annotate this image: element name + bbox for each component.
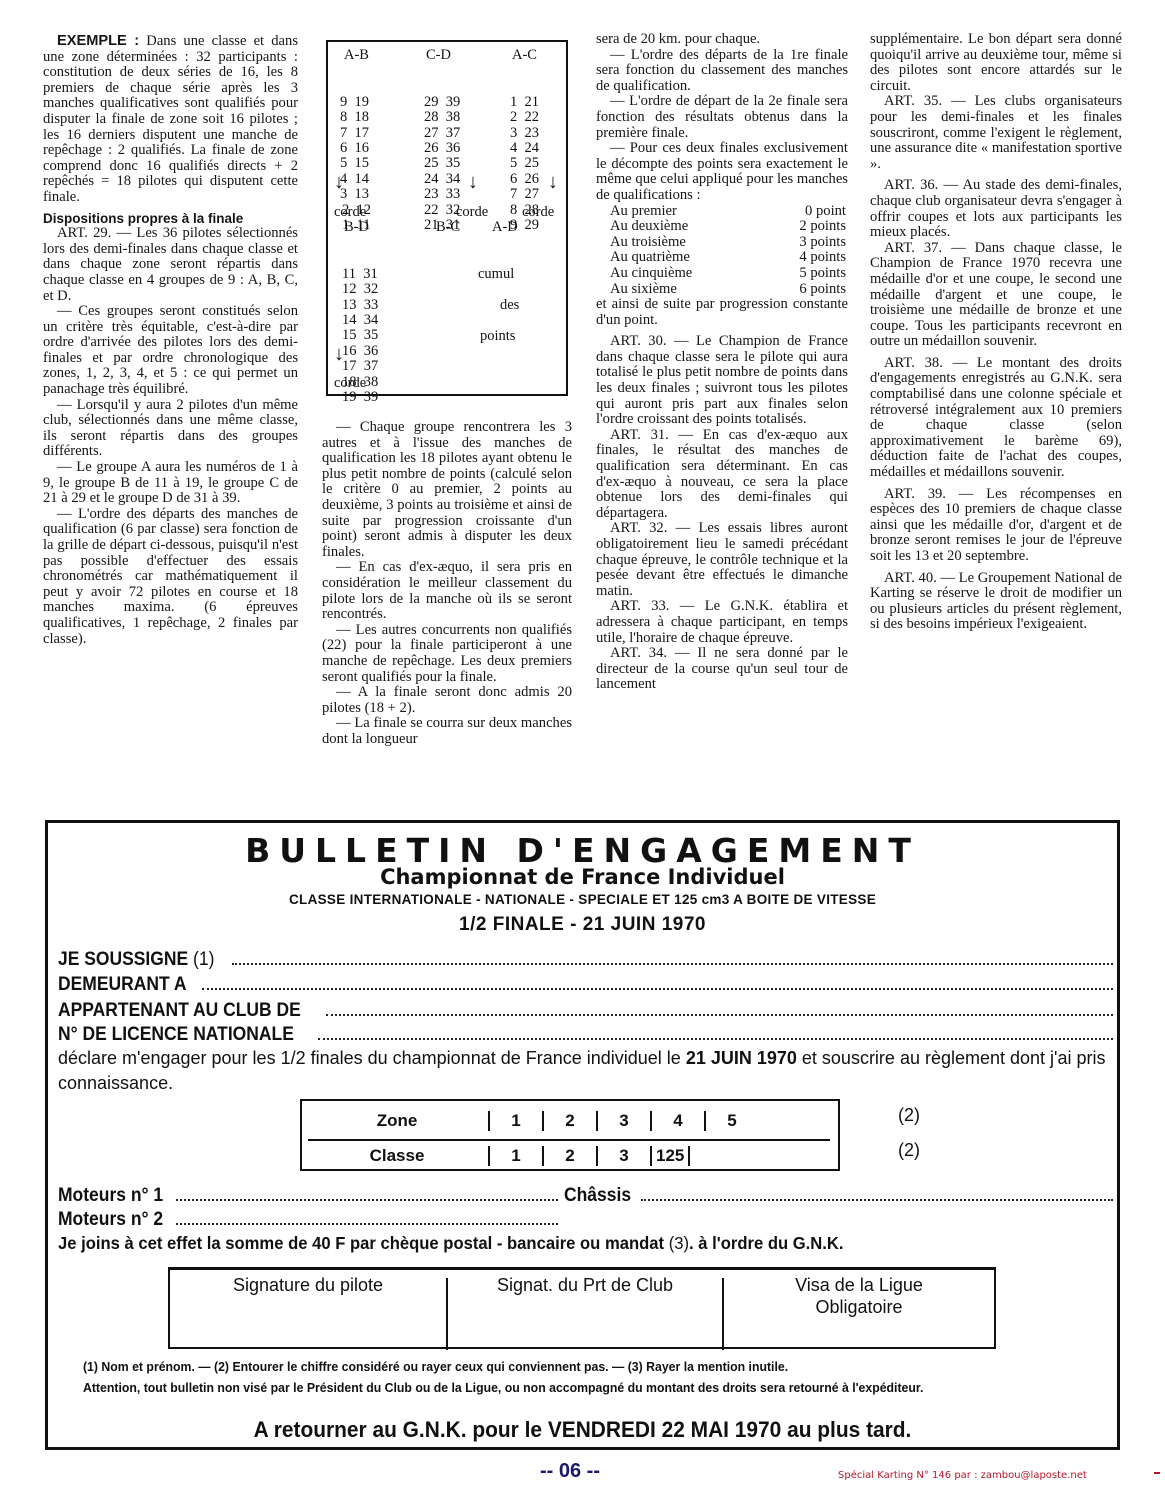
paragraph: — En cas d'ex-æquo, il sera pris en cons… [322, 560, 572, 622]
form-title: BULLETIN D'ENGAGEMENT [48, 833, 1117, 869]
paragraph: — Pour ces deux finales exclusivement le… [596, 141, 848, 203]
article-column-3: sera de 20 km. pour chaque. — L'ordre de… [596, 32, 848, 693]
paragraph: sera de 20 km. pour chaque. [596, 32, 848, 48]
licence-input[interactable] [318, 1026, 1113, 1040]
signature-visa-ligue[interactable]: Visa de la Ligue Obligatoire [724, 1270, 994, 1347]
field-soussigne: JE SOUSSIGNE (1) [58, 949, 1113, 971]
source-credit: Spécial Karting N° 146 par : zambou@lapo… [838, 1470, 1087, 1481]
zone-option[interactable]: 1 [506, 1111, 526, 1131]
points-table: Au premier0 point Au deuxième2 points Au… [610, 204, 846, 298]
corde-label: corde [334, 376, 366, 391]
moteur-1-input[interactable] [176, 1187, 558, 1201]
decorative-underscore [1154, 1472, 1160, 1474]
paragraph: — Le groupe A aura les numéros de 1 à 9,… [43, 460, 298, 507]
paragraph: ART. 29. — Les 36 pilotes sélectionnés l… [43, 226, 298, 304]
field-moteur-1: Moteurs n° 1 Châssis [58, 1185, 1113, 1207]
zone-footnote-ref: (2) [898, 1105, 920, 1126]
form-event-date: 1/2 FINALE - 21 JUIN 1970 [48, 914, 1117, 936]
article-31: ART. 31. — En cas d'ex-æquo aux finales,… [596, 428, 848, 522]
arrow-down-icon: ↓ [334, 344, 344, 364]
paragraph: et ainsi de suite par progression consta… [596, 297, 848, 328]
field-moteur-2: Moteurs n° 2 [58, 1209, 1113, 1231]
name-input[interactable] [232, 951, 1113, 965]
footnotes: (1) Nom et prénom. — (2) Entourer le chi… [58, 1358, 1071, 1375]
return-deadline: A retourner au G.N.K. pour le VENDREDI 2… [75, 1417, 1091, 1443]
moteur-2-input[interactable] [176, 1211, 558, 1225]
grid-label-bc: B-C [436, 220, 460, 235]
classe-option[interactable]: 125 [656, 1146, 684, 1166]
article-35: ART. 35. — Les clubs organisateurs pour … [870, 94, 1122, 172]
signature-pilote[interactable]: Signature du pilote [170, 1270, 446, 1347]
zone-classe-table: Zone 1 2 3 4 5 Classe 1 2 3 125 [300, 1099, 840, 1171]
classe-option[interactable]: 1 [506, 1146, 526, 1166]
field-demeurant: DEMEURANT A [58, 974, 1113, 996]
paragraph: — L'ordre de départ de la 2e finale sera… [596, 94, 848, 141]
points-row: Au deuxième2 points [610, 219, 846, 235]
grid-label-ac: A-C [512, 48, 537, 63]
article-36: ART. 36. — Au stade des demi-finales, ch… [870, 178, 1122, 240]
cumul-label: cumul [478, 267, 514, 282]
start-grid-box: A-B C-D A-C 9 198 187 176 165 154 143 13… [326, 40, 568, 396]
form-subtitle: Championnat de France Individuel [48, 865, 1117, 889]
chassis-input[interactable] [641, 1187, 1113, 1201]
points-row: Au cinquième5 points [610, 266, 846, 282]
grid-label-cd: C-D [426, 48, 451, 63]
article-30: ART. 30. — Le Champion de France dans ch… [596, 334, 848, 428]
arrow-down-icon: ↓ [334, 172, 344, 192]
article-40: ART. 40. — Le Groupement National de Kar… [870, 571, 1122, 633]
registration-form: BULLETIN D'ENGAGEMENT Championnat de Fra… [45, 820, 1120, 1450]
paragraph: — Chaque groupe rencontrera les 3 autres… [322, 420, 572, 560]
article-33: ART. 33. — Le G.N.K. établira et adresse… [596, 599, 848, 646]
grid-label-ab: A-B [344, 48, 369, 63]
form-classes: CLASSE INTERNATIONALE - NATIONALE - SPEC… [48, 892, 1117, 907]
paragraph: — Lorsqu'il y aura 2 pilotes d'un même c… [43, 398, 298, 460]
payment-text: Je joins à cet effet la somme de 40 F pa… [58, 1233, 844, 1254]
declaration-text: déclare m'engager pour les 1/2 finales d… [58, 1046, 1113, 1096]
paragraph: — La finale se courra sur deux manches d… [322, 716, 572, 747]
cumul-label: des [500, 298, 519, 313]
article-column-4: supplémentaire. Le bon départ sera donné… [870, 32, 1122, 633]
article-32: ART. 32. — Les essais libres auront obli… [596, 521, 848, 599]
paragraph: — A la finale seront donc admis 20 pilot… [322, 685, 572, 716]
arrow-down-icon: ↓ [468, 172, 478, 192]
arrow-down-icon: ↓ [548, 172, 558, 192]
points-row: Au quatrième4 points [610, 250, 846, 266]
article-column-2: — Chaque groupe rencontrera les 3 autres… [322, 420, 572, 747]
signature-box: Signature du pilote Signat. du Prt de Cl… [168, 1267, 996, 1349]
article-column-1: EXEMPLE : Dans une classe et dans une zo… [43, 34, 298, 647]
paragraph: — Les autres concurrents non qualifiés (… [322, 623, 572, 685]
page-number: -- 06 -- [520, 1460, 620, 1483]
section-subhead: Dispositions propres à la finale [43, 211, 298, 227]
club-input[interactable] [326, 1002, 1113, 1016]
address-input[interactable] [202, 976, 1113, 990]
corde-label: corde [522, 205, 554, 220]
zone-option[interactable]: 5 [722, 1111, 742, 1131]
classe-row: Classe 1 2 3 125 [302, 1139, 838, 1173]
warning-text: Attention, tout bulletin non visé par le… [58, 1379, 1071, 1396]
field-club: APPARTENANT AU CLUB DE [58, 1000, 1113, 1022]
points-row: Au sixième6 points [610, 282, 846, 298]
zone-option[interactable]: 2 [560, 1111, 580, 1131]
paragraph: — L'ordre des départs de la 1re finale s… [596, 48, 848, 95]
article-34: ART. 34. — Il ne sera donné par le direc… [596, 646, 848, 693]
cumul-label: points [480, 329, 515, 344]
zone-option[interactable]: 3 [614, 1111, 634, 1131]
points-row: Au troisième3 points [610, 235, 846, 251]
article-39: ART. 39. — Les récompenses en espèces de… [870, 487, 1122, 565]
exemple-label: EXEMPLE : [57, 33, 139, 49]
grid-label-bd: B-D [344, 220, 369, 235]
field-licence: N° DE LICENCE NATIONALE [58, 1024, 1113, 1046]
classe-footnote-ref: (2) [898, 1140, 920, 1161]
classe-option[interactable]: 2 [560, 1146, 580, 1166]
corde-label: corde [456, 205, 488, 220]
zone-row: Zone 1 2 3 4 5 [302, 1104, 838, 1138]
points-row: Au premier0 point [610, 204, 846, 220]
classe-option[interactable]: 3 [614, 1146, 634, 1166]
exemple-paragraph: EXEMPLE : Dans une classe et dans une zo… [43, 34, 298, 206]
paragraph: — L'ordre des départs des manches de qua… [43, 507, 298, 647]
paragraph: — Ces groupes seront constitués selon un… [43, 304, 298, 398]
article-37: ART. 37. — Dans chaque classe, le Champi… [870, 241, 1122, 350]
signature-president-club[interactable]: Signat. du Prt de Club [448, 1270, 722, 1347]
paragraph: supplémentaire. Le bon départ sera donné… [870, 32, 1122, 94]
grid-label-ad: A-D [492, 220, 518, 235]
zone-option[interactable]: 4 [668, 1111, 688, 1131]
grid-column-bd: 11 3112 3213 3314 3415 3516 3617 3718 38… [342, 236, 378, 436]
article-38: ART. 38. — Le montant des droits d'engag… [870, 356, 1122, 481]
